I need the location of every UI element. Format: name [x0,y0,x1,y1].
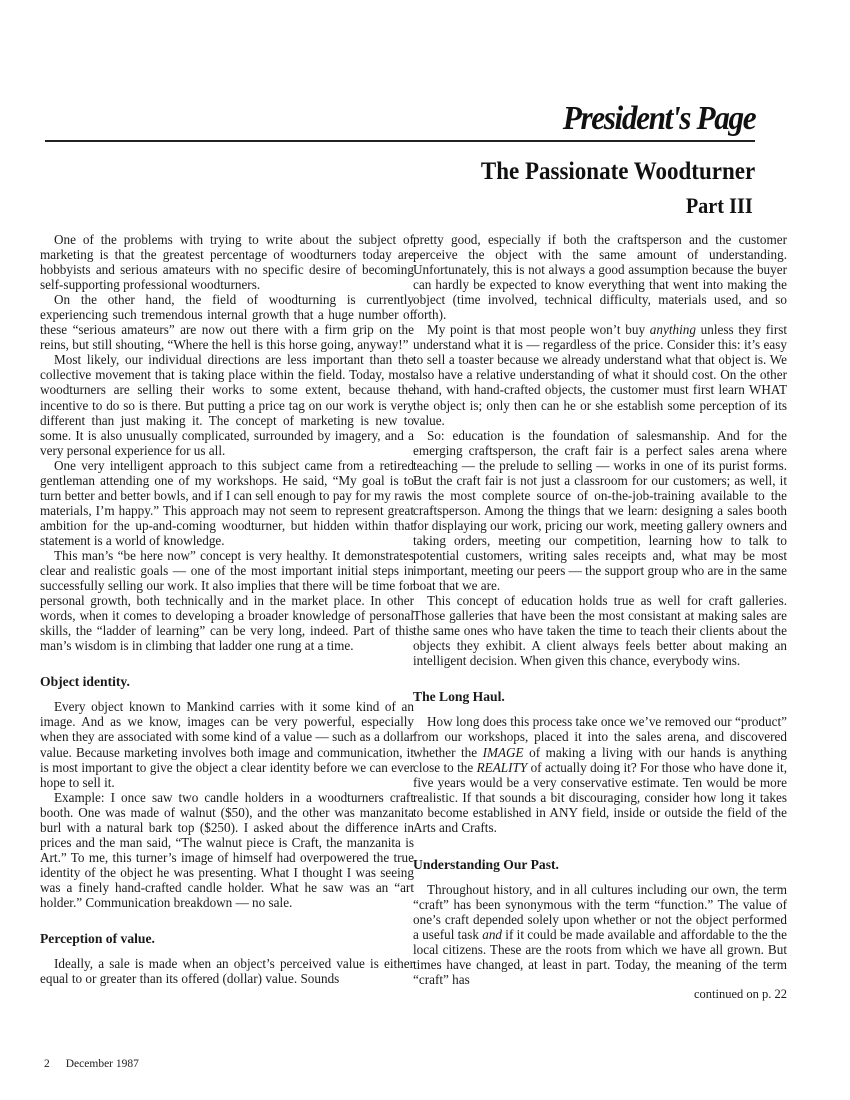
emphasis: REALITY [477,760,528,775]
issue-date: December 1987 [66,1058,139,1070]
right-column: pretty good, especially if both the craf… [413,232,787,1002]
paragraph: This man’s “be here now” concept is very… [40,548,414,653]
left-column: One of the problems with trying to write… [40,232,414,986]
text-run: unless they first understand what it is … [413,322,787,427]
continued-note: continued on p. 22 [413,987,787,1002]
emphasis: and [482,927,502,942]
section-heading-understanding-our-past: Understanding Our Past. [413,857,787,872]
paragraph: One of the problems with trying to write… [40,232,414,292]
paragraph-continuation: pretty good, especially if both the craf… [413,232,787,322]
emphasis: IMAGE [483,745,524,760]
paragraph: Every object known to Mankind carries wi… [40,699,414,789]
paragraph: So: education is the foundation of sales… [413,428,787,594]
page-number: 2 [44,1058,50,1070]
paragraph: On the other hand, the field of woodturn… [40,292,414,352]
paragraph: Ideally, a sale is made when an object’s… [40,956,414,986]
paragraph: Example: I once saw two candle holders i… [40,790,414,910]
paragraph: Throughout history, and in all cultures … [413,882,787,987]
section-heading-object-identity: Object identity. [40,674,414,689]
text-run: My point is that most people won’t buy [427,322,650,337]
article-part: Part III [686,193,753,219]
paragraph: This concept of education holds true as … [413,593,787,668]
section-heading-perception-of-value: Perception of value. [40,931,414,946]
emphasis: anything [650,322,696,337]
article-title: The Passionate Woodturner [481,158,755,186]
section-heading-long-haul: The Long Haul. [413,689,787,704]
paragraph: My point is that most people won’t buy a… [413,322,787,427]
paragraph: Most likely, our individual directions a… [40,352,414,457]
section-title: President's Page [562,100,755,138]
header-rule [45,140,755,142]
page-footer: 2December 1987 [44,1058,139,1070]
paragraph: How long does this process take once we’… [413,714,787,834]
paragraph: One very intelligent approach to this su… [40,458,414,548]
